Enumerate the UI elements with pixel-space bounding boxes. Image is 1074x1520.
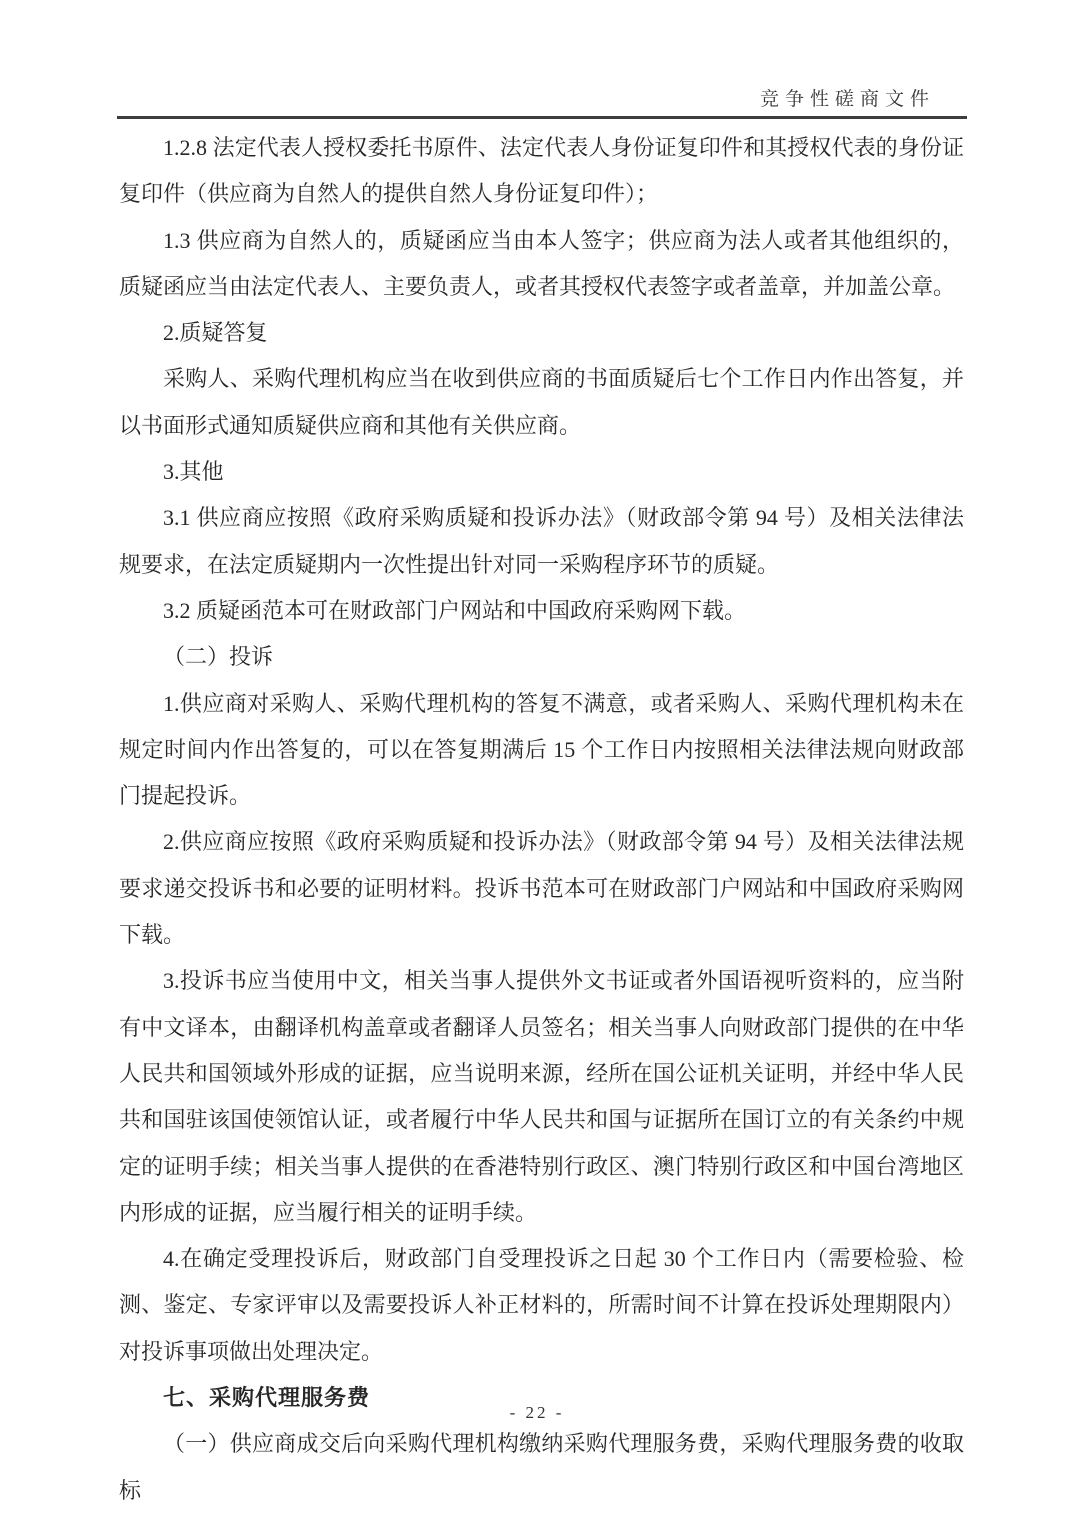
page-number: - 22 - <box>0 1403 1074 1423</box>
doc-paragraph: 3.2 质疑函范本可在财政部门户网站和中国政府采购网下载。 <box>119 588 964 634</box>
doc-paragraph: 2.供应商应按照《政府采购质疑和投诉办法》（财政部令第 94 号）及相关法律法规… <box>119 819 964 958</box>
header-divider <box>117 116 967 119</box>
doc-paragraph: 3.其他 <box>119 449 964 495</box>
page-header-title: 竞争性磋商文件 <box>119 84 935 111</box>
doc-paragraph: 4.在确定受理投诉后，财政部门自受理投诉之日起 30 个工作日内（需要检验、检测… <box>119 1236 964 1375</box>
doc-paragraph: 2.质疑答复 <box>119 310 964 356</box>
doc-paragraph: 3.1 供应商应按照《政府采购质疑和投诉办法》（财政部令第 94 号）及相关法律… <box>119 495 964 588</box>
doc-paragraph: （二）投诉 <box>119 634 964 680</box>
doc-paragraph: 1.2.8 法定代表人授权委托书原件、法定代表人身份证复印件和其授权代表的身份证… <box>119 125 964 218</box>
doc-paragraph: 3.投诉书应当使用中文，相关当事人提供外文书证或者外国语视听资料的，应当附有中文… <box>119 958 964 1236</box>
document-body: 1.2.8 法定代表人授权委托书原件、法定代表人身份证复印件和其授权代表的身份证… <box>119 125 964 1514</box>
doc-paragraph: 1.3 供应商为自然人的，质疑函应当由本人签字；供应商为法人或者其他组织的，质疑… <box>119 218 964 311</box>
doc-paragraph: 采购人、采购代理机构应当在收到供应商的书面质疑后七个工作日内作出答复，并以书面形… <box>119 356 964 449</box>
doc-paragraph: （一）供应商成交后向采购代理机构缴纳采购代理服务费，采购代理服务费的收取标 <box>119 1421 964 1514</box>
document-page: 竞争性磋商文件 1.2.8 法定代表人授权委托书原件、法定代表人身份证复印件和其… <box>0 0 1074 1520</box>
doc-paragraph: 1.供应商对采购人、采购代理机构的答复不满意，或者采购人、采购代理机构未在规定时… <box>119 681 964 820</box>
